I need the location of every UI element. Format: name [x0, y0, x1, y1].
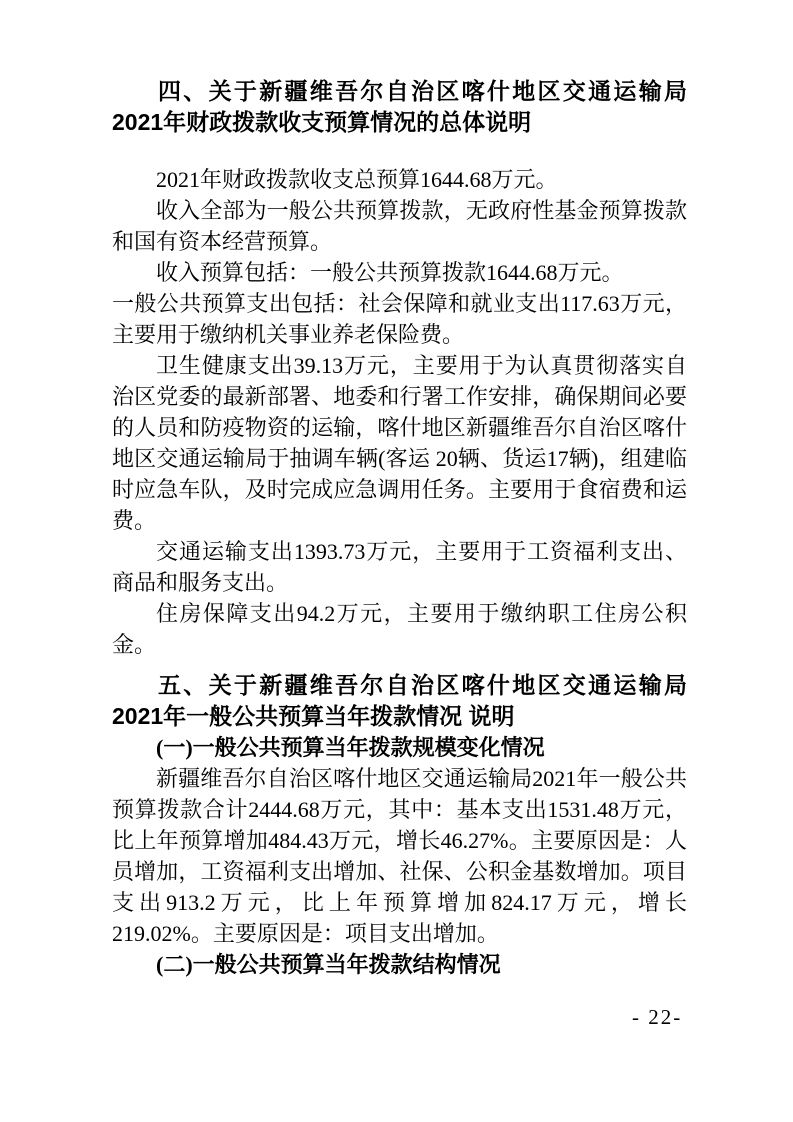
paragraph-income-source: 收入全部为一般公共预算拨款，无政府性基金预算拨款和国有资本经营预算。	[112, 195, 687, 257]
section-heading-5: 五、关于新疆维吾尔自治区喀什地区交通运输局2021年一般公共预算当年拨款情况 说…	[112, 670, 687, 732]
paragraph-expenditure-social-security: 一般公共预算支出包括：社会保障和就业支出117.63万元，主要用于缴纳机关事业养…	[112, 288, 687, 350]
paragraph-housing-expenditure: 住房保障支出94.2万元，主要用于缴纳职工住房公积金。	[112, 598, 687, 660]
document-content: 四、关于新疆维吾尔自治区喀什地区交通运输局2021年财政拨款收支预算情况的总体说…	[112, 76, 687, 980]
page-number: - 22-	[632, 1005, 682, 1030]
paragraph-total-budget: 2021年财政拨款收支总预算1644.68万元。	[112, 164, 687, 195]
paragraph-income-budget: 收入预算包括：一般公共预算拨款1644.68万元。	[112, 257, 687, 288]
document-page: 四、关于新疆维吾尔自治区喀什地区交通运输局2021年财政拨款收支预算情况的总体说…	[0, 0, 793, 1122]
paragraph-appropriation-scale: 新疆维吾尔自治区喀什地区交通运输局2021年一般公共预算拨款合计2444.68万…	[112, 763, 687, 949]
sub-heading-1-scale-change: (一)一般公共预算当年拨款规模变化情况	[112, 732, 687, 763]
paragraph-transport-expenditure: 交通运输支出1393.73万元，主要用于工资福利支出、商品和服务支出。	[112, 536, 687, 598]
sub-heading-2-structure: (二)一般公共预算当年拨款结构情况	[112, 949, 687, 980]
paragraph-health-expenditure: 卫生健康支出39.13万元，主要用于为认真贯彻落实自治区党委的最新部署、地委和行…	[112, 350, 687, 536]
section-heading-4: 四、关于新疆维吾尔自治区喀什地区交通运输局2021年财政拨款收支预算情况的总体说…	[112, 76, 687, 138]
